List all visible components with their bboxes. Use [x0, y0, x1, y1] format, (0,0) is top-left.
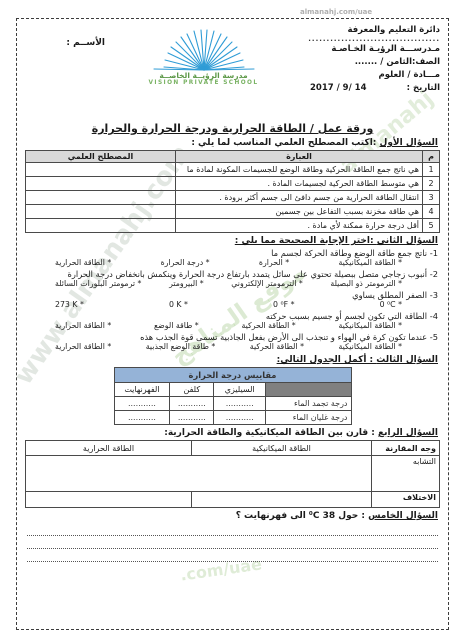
mcq-option: * الطاقة الميكانيكية — [338, 321, 402, 330]
temp-cell-dots: ........... — [114, 397, 170, 411]
mcq-option: 273 K * — [55, 300, 84, 309]
term-answer-cell — [26, 177, 176, 191]
term-answer-cell — [26, 219, 176, 233]
page-header: دائرة التعليم والمعرفة .................… — [25, 24, 440, 120]
temp-col-fahrenheit: الفهرنهايت — [114, 383, 170, 397]
mcq-stem-2: 2- أنبوب زجاجي متصل ببصيلة تحتوي على سائ… — [27, 269, 438, 279]
term-answer-cell — [26, 205, 176, 219]
q4-instruction: : قارن بين الطاقة الميكانيكية والطاقة ال… — [164, 428, 378, 438]
q3-label: السؤال الثالث — [376, 355, 438, 365]
q1-col-num: م — [423, 151, 440, 163]
mcq-stem-4: 4- الطاقة التي تكون لجسم أو جسيم بسبب حر… — [27, 311, 438, 321]
mcq-option: * الطاقة الحرارية — [55, 342, 111, 351]
student-name-label: الأســم : — [25, 24, 105, 120]
q1-row-3: 3 انتقال الطاقة الحرارية من جسم دافئ الى… — [26, 191, 440, 205]
difference-row: الاختلاف — [26, 492, 440, 508]
mcq-option: * الحرارة — [259, 258, 289, 267]
temperature-scales-table: مقاييس درجة الحرارة السيليزي كلفن الفهرن… — [114, 367, 352, 425]
compare-col-aspect: وجه المقارنة — [372, 441, 440, 456]
comparison-table: وجه المقارنة الطاقة الميكانيكية الطاقة ا… — [25, 440, 440, 508]
mcq-option: * الطاقة الميكانيكية — [338, 258, 402, 267]
statement-text: هي متوسط الطاقة الحركية لجسيمات المادة . — [176, 177, 423, 191]
q1-header-row: م العبارة المصطلح العلمي — [26, 151, 440, 163]
mcq-option: * البيرومتر — [169, 279, 204, 288]
q2-instruction: :اختر الإجابة الصحيحة مما يلي : — [235, 236, 377, 246]
q3-heading: السؤال الثالث : أكمل الجدول التالي: — [27, 355, 438, 365]
worksheet-page: دائرة التعليم والمعرفة .................… — [16, 18, 449, 630]
mcq-option: * الترمومتر الإلكتروني — [231, 279, 302, 288]
statement-number: 2 — [423, 177, 440, 191]
statement-text: هي ناتج جمع الطاقة الحركية وطاقة الوضع ل… — [176, 163, 423, 177]
school-info-block: دائرة التعليم والمعرفة .................… — [302, 24, 440, 120]
mcq-option: * الطاقة الحركية — [250, 342, 304, 351]
difference-answer-cell-thermal — [26, 492, 192, 508]
q1-terms-table: م العبارة المصطلح العلمي 1 هي ناتج جمع ا… — [25, 150, 440, 233]
watermark-url-top: almanahj.com/uae — [300, 8, 372, 16]
worksheet-title: ورقة عمل / الطاقة الحرارية ودرجة الحرارة… — [25, 122, 440, 135]
mcq-option: * طاقة الوضع الجذبية — [146, 342, 216, 351]
compare-col-mechanical: الطاقة الميكانيكية — [192, 441, 372, 456]
mcq-option: * ترمومتر البلورات السائلة — [55, 279, 141, 288]
temp-col-kelvin: كلفن — [170, 383, 214, 397]
temp-row-label: درجة تجمد الماء — [266, 397, 351, 411]
school-logo: مدرسة الرؤيــة الخاصــة VISION PRIVATE S… — [119, 24, 289, 120]
statement-text: أقل درجة حرارة ممكنة لأي مادة . — [176, 219, 423, 233]
q4-heading: السؤال الرابع : قارن بين الطاقة الميكاني… — [27, 428, 438, 438]
q2-label: السؤال الثاني — [377, 236, 438, 246]
date-label: التاريخ : — [407, 82, 440, 95]
statement-text: انتقال الطاقة الحرارية من جسم دافئ الى ج… — [176, 191, 423, 205]
mcq-option: * درجة الحرارة — [161, 258, 210, 267]
logo-starburst-icon — [139, 26, 269, 72]
grade-line: الصف:الثامن / ....... — [302, 56, 440, 69]
similarity-row: التشابه — [26, 456, 440, 492]
mcq-options-5: * الطاقة الميكانيكية * الطاقة الحركية * … — [25, 342, 440, 352]
mcq-option: 0 K * — [169, 300, 188, 309]
statement-text: هي طاقة مخزنة بسبب التفاعل بين جسمين — [176, 205, 423, 219]
difference-answer-cell-mechanical — [192, 492, 372, 508]
temp-cell-dots: ........... — [214, 411, 266, 425]
q5-heading: السؤال الخامس : حول 38 ⁰C الى فهرنهايت ؟ — [27, 511, 438, 521]
mcq-stem-3: 3- الصفر المطلق يساوي — [27, 290, 438, 300]
mcq-option: * الطاقة الحركية — [241, 321, 295, 330]
mcq-options-4: * الطاقة الميكانيكية * الطاقة الحركية * … — [25, 321, 440, 331]
mcq-option: 0 ⁰F * — [273, 300, 294, 309]
q5-label: السؤال الخامس — [368, 511, 438, 521]
mcq-option: 0 ⁰C * — [380, 300, 402, 309]
temp-table-title: مقاييس درجة الحرارة — [114, 368, 351, 383]
mcq-option: * الطاقة الحرارية — [55, 321, 111, 330]
q1-row-5: 5 أقل درجة حرارة ممكنة لأي مادة . — [26, 219, 440, 233]
difference-label: الاختلاف — [372, 492, 440, 508]
temp-table-title-row: مقاييس درجة الحرارة — [114, 368, 351, 383]
temp-table-header-row: السيليزي كلفن الفهرنهايت — [114, 383, 351, 397]
statement-number: 4 — [423, 205, 440, 219]
statement-number: 5 — [423, 219, 440, 233]
mcq-option: * الطاقة الميكانيكية — [338, 342, 402, 351]
temp-row-label: درجة غليان الماء — [266, 411, 351, 425]
compare-header-row: وجه المقارنة الطاقة الميكانيكية الطاقة ا… — [26, 441, 440, 456]
answer-line — [27, 549, 438, 562]
q4-label: السؤال الرابع — [378, 428, 438, 438]
temp-cell-dots: ........... — [170, 411, 214, 425]
logo-arabic-name: مدرسة الرؤيــة الخاصــة — [119, 72, 289, 80]
term-answer-cell — [26, 191, 176, 205]
answer-line — [27, 536, 438, 549]
similarity-answer-cell — [26, 456, 372, 492]
subject-line: مـــادة / العلوم — [302, 69, 440, 82]
q1-col-term: المصطلح العلمي — [26, 151, 176, 163]
mcq-option: * الترمومتر ذو البصيلة — [330, 279, 402, 288]
term-answer-cell — [26, 163, 176, 177]
mcq-options-2: * الترمومتر ذو البصيلة * الترمومتر الإلك… — [25, 279, 440, 289]
statement-number: 1 — [423, 163, 440, 177]
q3-instruction: : أكمل الجدول التالي: — [277, 355, 377, 365]
mcq-options-1: * الطاقة الميكانيكية * الحرارة * درجة ال… — [25, 258, 440, 268]
temp-cell-dots: ........... — [170, 397, 214, 411]
q1-row-2: 2 هي متوسط الطاقة الحركية لجسيمات المادة… — [26, 177, 440, 191]
date-value: 2017 / 9/ 14 — [310, 82, 367, 95]
temp-cell-dots: ........... — [114, 411, 170, 425]
mcq-option: * الطاقة الحرارية — [55, 258, 111, 267]
separator-dots: .................................... — [302, 37, 440, 43]
q1-label: السؤال الأول — [380, 138, 438, 148]
q1-heading: السؤال الأول :اكتب المصطلح العلمي المناس… — [27, 138, 438, 148]
q1-col-statement: العبارة — [176, 151, 423, 163]
q2-heading: السؤال الثاني :اختر الإجابة الصحيحة مما … — [27, 236, 438, 246]
temp-col-celsius: السيليزي — [214, 383, 266, 397]
q1-row-1: 1 هي ناتج جمع الطاقة الحركية وطاقة الوضع… — [26, 163, 440, 177]
school-name: مـدرســـة الرؤيـة الخـاصـة — [302, 43, 440, 56]
mcq-stem-5: 5- عندما تكون كرة في الهواء و تنجذب الى … — [27, 332, 438, 342]
q5-instruction: : حول 38 ⁰C الى فهرنهايت ؟ — [236, 511, 368, 521]
temp-cell-dots: ........... — [214, 397, 266, 411]
statement-number: 3 — [423, 191, 440, 205]
mcq-stem-1: 1- ناتج جمع طاقة الوضع وطاقة الحركة لجسم… — [27, 248, 438, 258]
similarity-label: التشابه — [372, 456, 440, 492]
logo-english-name: VISION PRIVATE SCHOOL — [119, 80, 289, 88]
q1-instruction: :اكتب المصطلح العلمي المناسب لما يلي : — [191, 138, 379, 148]
mcq-options-3: 0 ⁰C * 0 ⁰F * 0 K * 273 K * — [25, 300, 440, 310]
temp-row-boiling: درجة غليان الماء ........... ...........… — [114, 411, 351, 425]
temp-blank-header-cell — [266, 383, 351, 397]
temp-row-freezing: درجة تجمد الماء ........... ........... … — [114, 397, 351, 411]
compare-col-thermal: الطاقة الحرارية — [26, 441, 192, 456]
mcq-option: * طاقة الوضع — [154, 321, 199, 330]
date-line: التاريخ : 2017 / 9/ 14 — [302, 82, 440, 95]
q1-row-4: 4 هي طاقة مخزنة بسبب التفاعل بين جسمين — [26, 205, 440, 219]
answer-line — [27, 523, 438, 536]
